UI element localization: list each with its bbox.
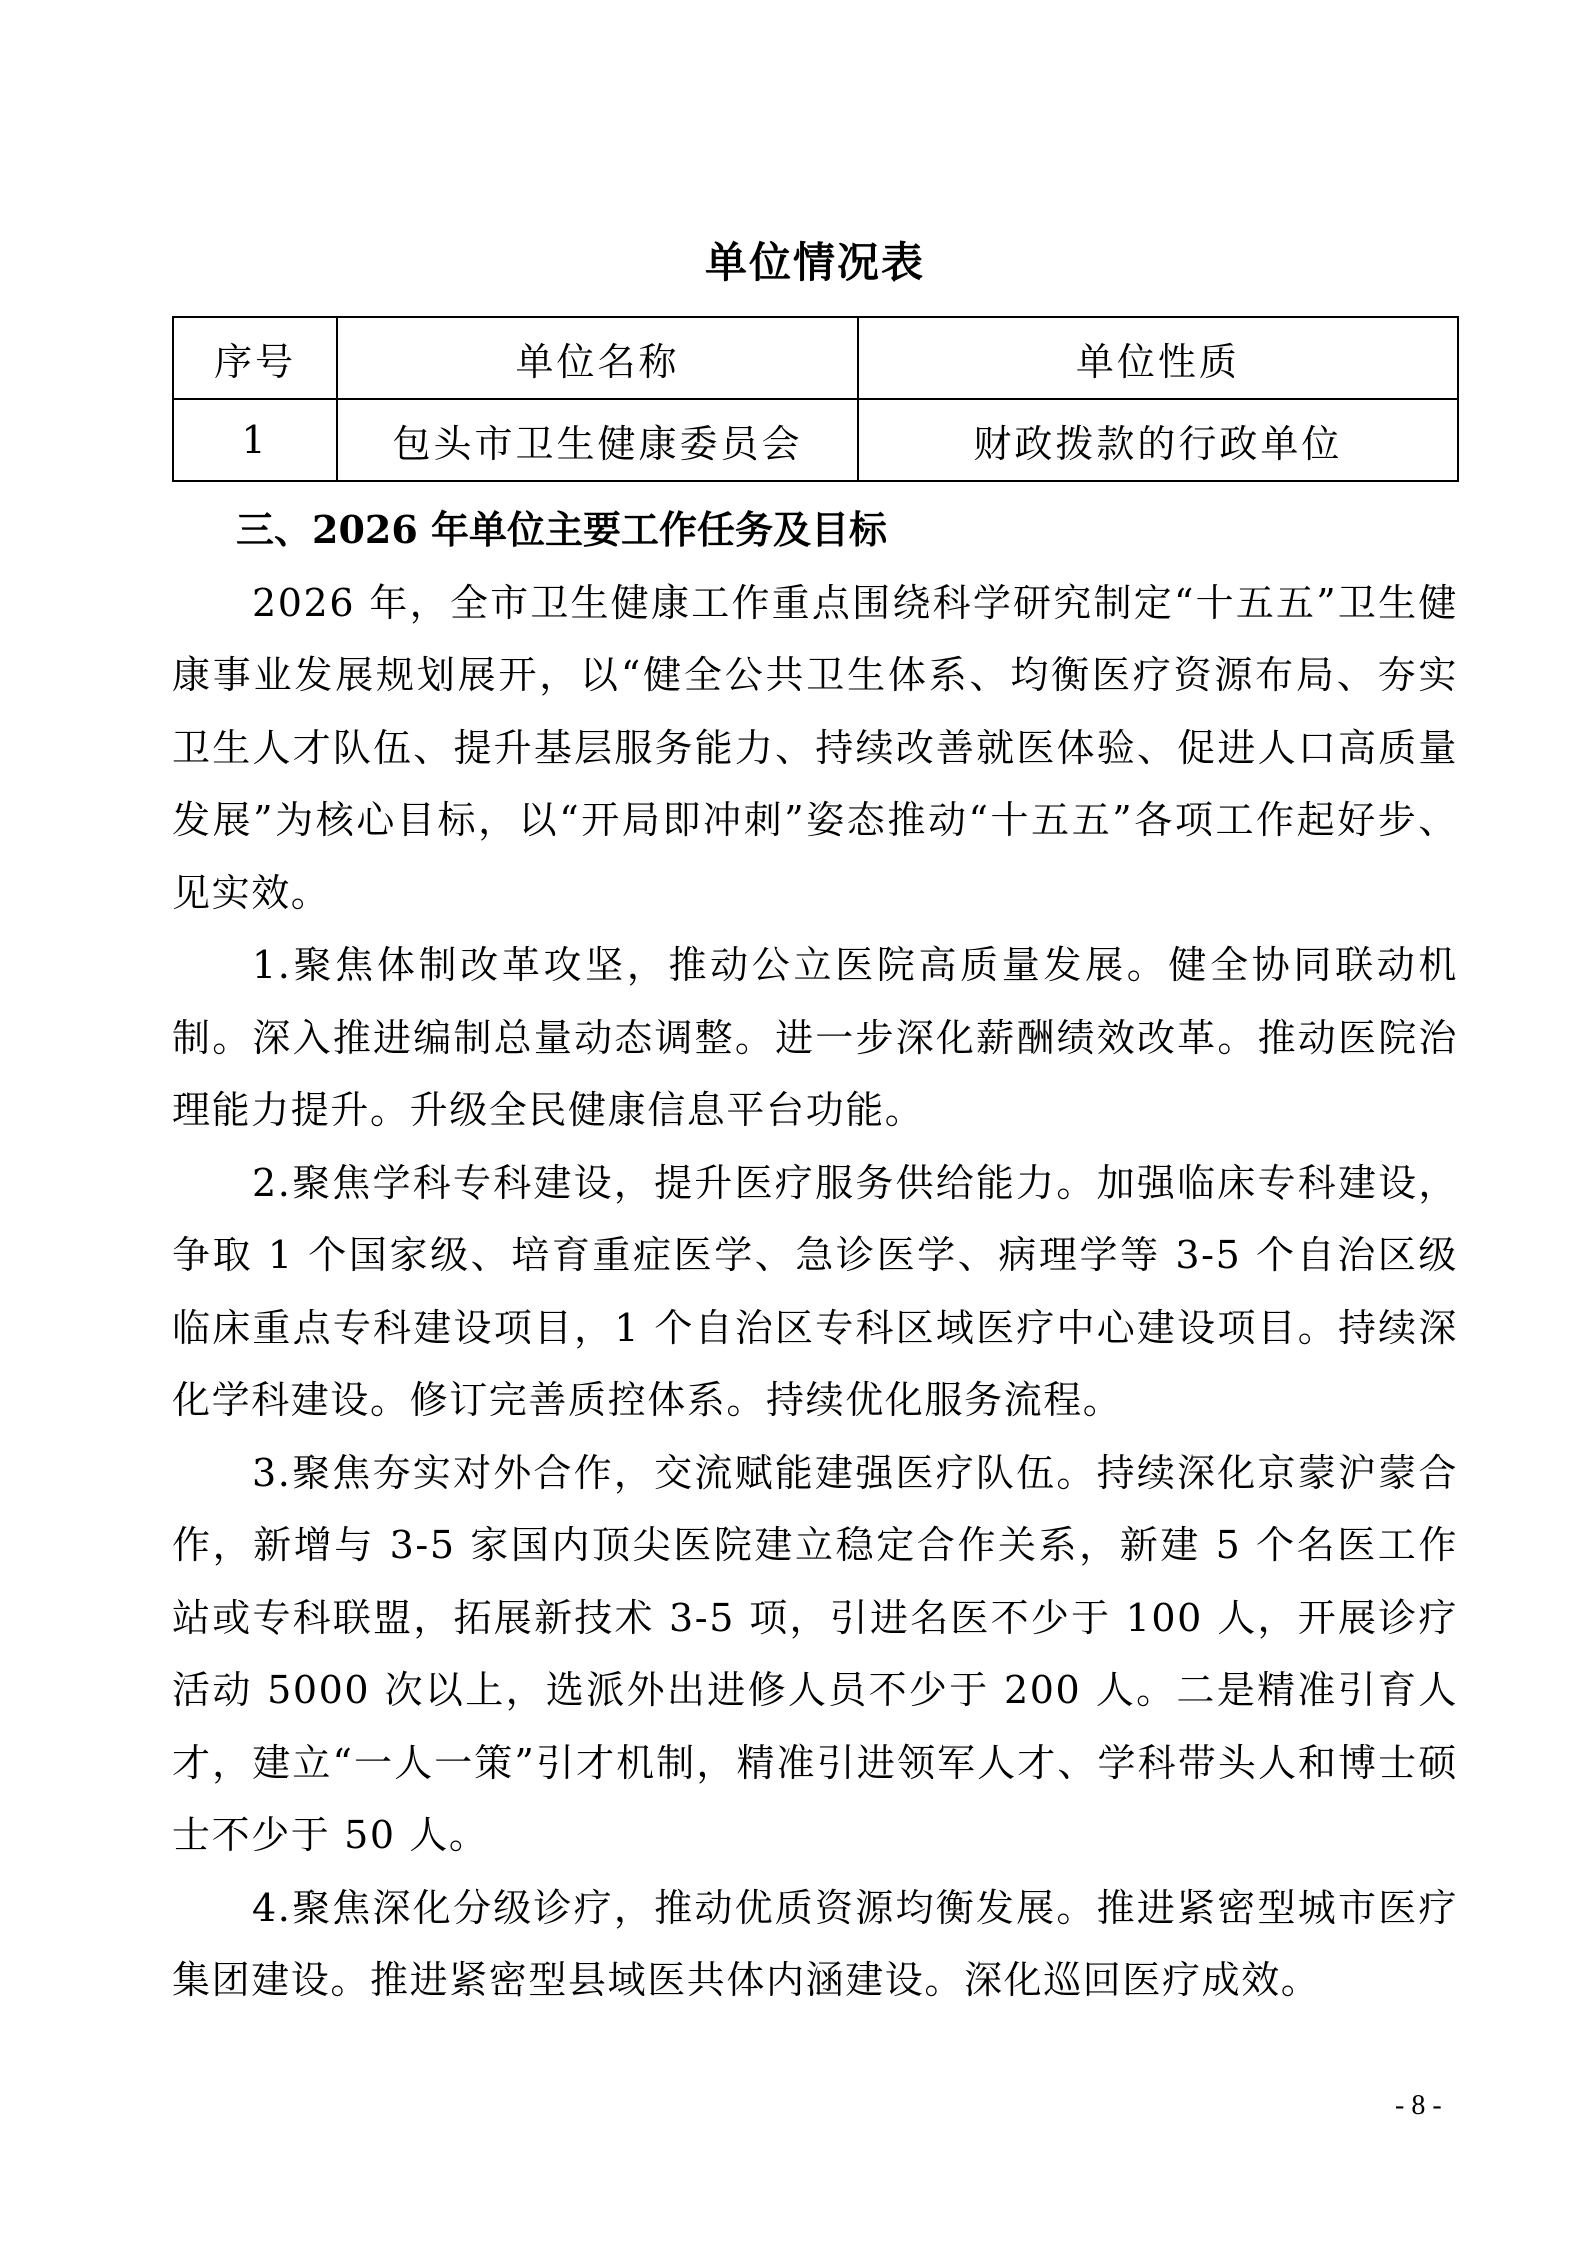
page-number: - 8 - bbox=[1395, 2090, 1442, 2122]
body-content: 三、2026 年单位主要工作任务及目标 2026 年，全市卫生健康工作重点围绕科… bbox=[172, 494, 1458, 2017]
paragraph-item-3: 3.聚焦夯实对外合作，交流赋能建强医疗队伍。持续深化京蒙沪蒙合作，新增与 3-5… bbox=[172, 1437, 1458, 1872]
header-serial-number: 序号 bbox=[173, 317, 337, 399]
unit-info-table: 序号 单位名称 单位性质 1 包头市卫生健康委员会 财政拨款的行政单位 bbox=[172, 316, 1459, 482]
table-title: 单位情况表 bbox=[172, 238, 1458, 288]
cell-serial-number: 1 bbox=[173, 399, 337, 481]
table-row: 1 包头市卫生健康委员会 财政拨款的行政单位 bbox=[173, 399, 1458, 481]
header-unit-name: 单位名称 bbox=[337, 317, 858, 399]
paragraph-intro: 2026 年，全市卫生健康工作重点围绕科学研究制定“十五五”卫生健康事业发展规划… bbox=[172, 567, 1458, 930]
cell-unit-type: 财政拨款的行政单位 bbox=[858, 399, 1458, 481]
paragraph-item-1: 1.聚焦体制改革攻坚，推动公立医院高质量发展。健全协同联动机制。深入推进编制总量… bbox=[172, 929, 1458, 1147]
header-unit-type: 单位性质 bbox=[858, 317, 1458, 399]
section-heading: 三、2026 年单位主要工作任务及目标 bbox=[172, 494, 1458, 567]
paragraph-item-4: 4.聚焦深化分级诊疗，推动优质资源均衡发展。推进紧密型城市医疗集团建设。推进紧密… bbox=[172, 1872, 1458, 2017]
table-header-row: 序号 单位名称 单位性质 bbox=[173, 317, 1458, 399]
paragraph-item-2: 2.聚焦学科专科建设，提升医疗服务供给能力。加强临床专科建设，争取 1 个国家级… bbox=[172, 1147, 1458, 1437]
cell-unit-name: 包头市卫生健康委员会 bbox=[337, 399, 858, 481]
